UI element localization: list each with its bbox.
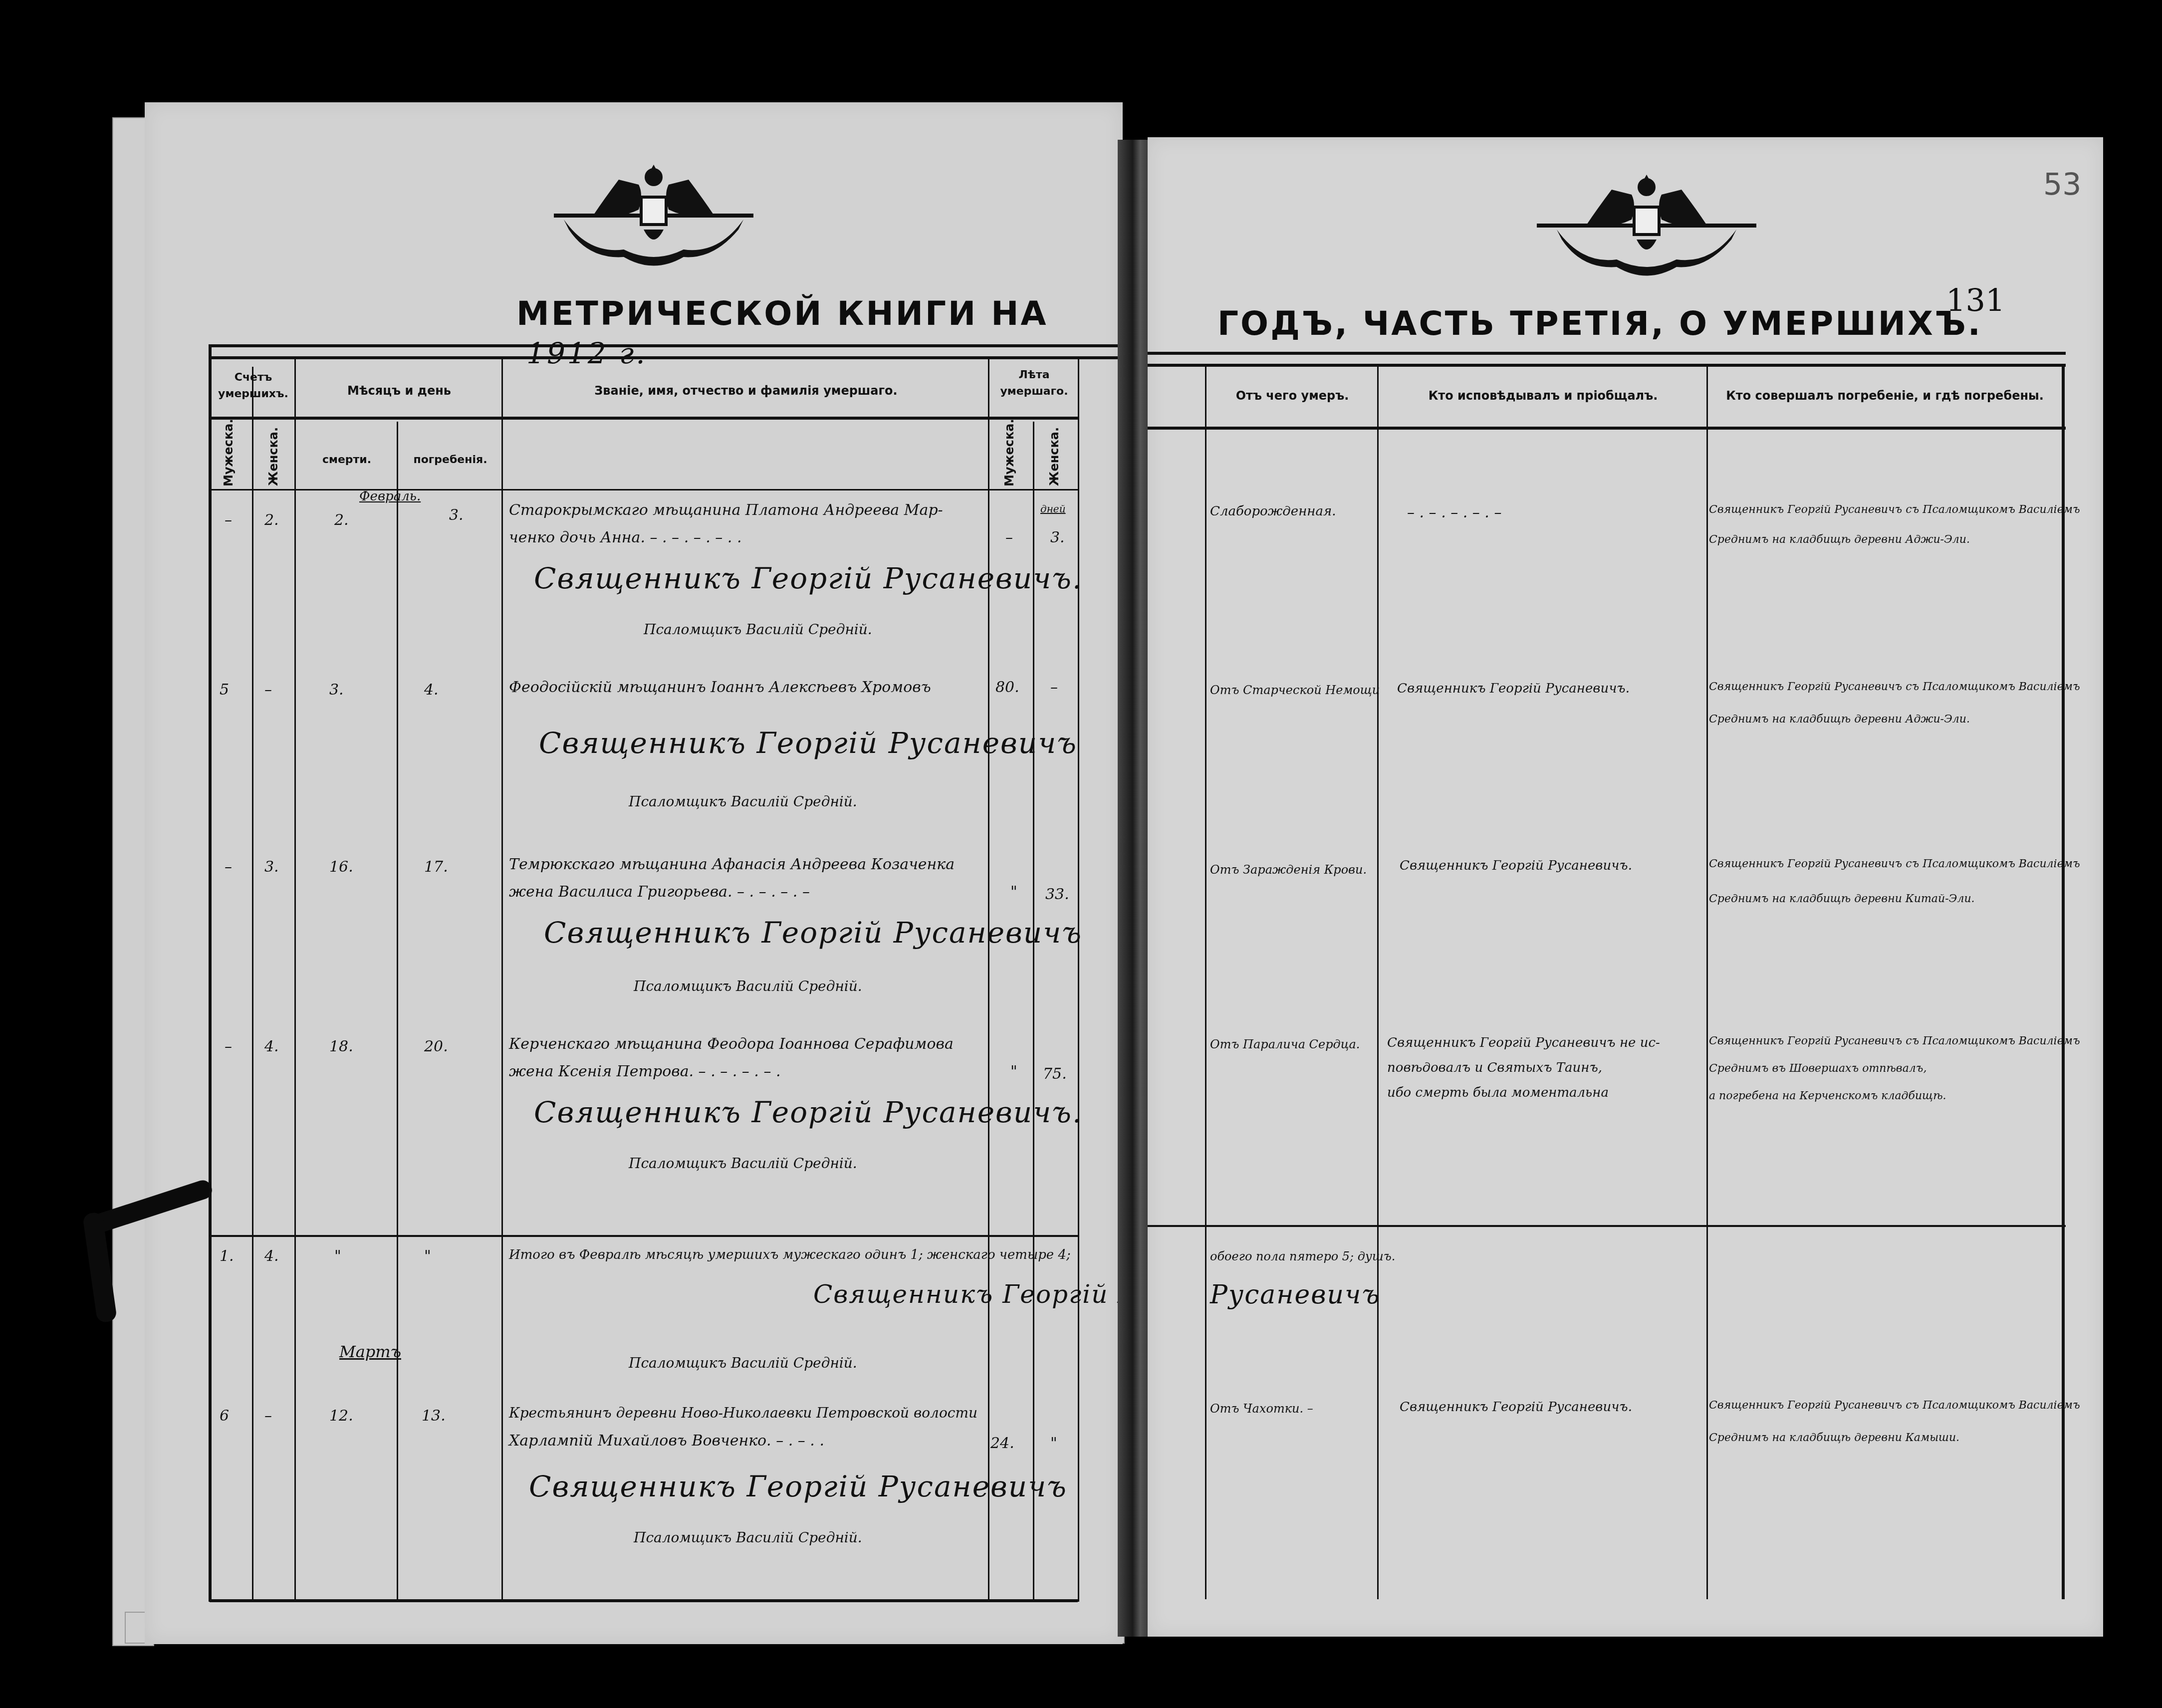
header-count-female: Женска. [264,427,282,487]
entry-4-count-female: 4. [264,1035,279,1059]
entry-6-burial-by-line2: Среднимъ на кладбищѣ деревни Камыши. [1709,1430,1959,1447]
entry-4-name-line2: жена Ксенія Петрова. – . – . – . – . [509,1060,781,1084]
entry-3-cause: Отъ Заражденія Крови. [1210,861,1367,879]
entry-3-age-male: " [1010,881,1017,904]
imperial-eagle-crest-icon [1537,165,1756,279]
imperial-eagle-crest-icon [544,155,763,269]
header-death: смерти. [297,452,397,468]
entry-1-priest-signature: Священникъ Георгій Русаневичъ. [534,561,1082,595]
col-divider [1377,364,1379,1599]
entry-4-cause: Отъ Паралича Сердца. [1210,1035,1360,1054]
entry-2-count-female: – [264,679,272,702]
entry-6-reader-signature: Псаломщикъ Василій Средній. [634,1529,862,1546]
entry-3-burial-day: 17. [424,856,448,879]
entry-2-cause: Отъ Старческой Немощи [1210,681,1380,700]
entry-2-death-day: 3. [329,679,344,702]
entry-6-name-line2: Харлампій Михайловъ Вовченко. – . – . . [509,1430,824,1453]
section-divider [210,1235,1078,1237]
month-label-february: Февраль. [359,487,421,506]
entry-3-name-line1: Темрюкскаго мѣщанина Афанасія Андреева К… [509,853,955,877]
table-border-left [1205,364,1206,1599]
header-age-male: Мужеска. [1000,427,1018,487]
col-divider [1033,422,1034,1602]
entry-4-burial-day: 20. [424,1035,448,1059]
header-rule [210,344,1123,359]
header-title-text: МЕТРИЧЕСКОЙ КНИГИ НА [516,294,1048,333]
entry-4-burial-by-line1: Священникъ Георгій Русаневичъ съ Псаломщ… [1709,1033,2080,1050]
col-divider [1078,359,1079,1602]
entry-2-burial-day: 4. [424,679,439,702]
header-bottom-divider [1148,427,2066,430]
entry-1-count-male: – [225,509,232,532]
entry-6-count-male: 6 [220,1405,229,1428]
entry-4-reader-signature: Псаломщикъ Василій Средній. [629,1155,857,1172]
entry-2-count-male: 5 [220,679,229,702]
header-age-female: Женска. [1045,427,1063,487]
header-burial: погребенія. [399,452,501,468]
entry-2-priest-signature: Священникъ Георгій Русаневичъ [539,726,1077,760]
summary-right-note: обоего пола пятеро 5; душъ. [1210,1247,1395,1266]
header-count-deceased: Счетъ умершихъ. [212,369,294,402]
entry-6-cause: Отъ Чахотки. – [1210,1400,1313,1418]
entry-3-burial-by-line1: Священникъ Георгій Русаневичъ съ Псаломщ… [1709,856,2080,873]
header-rule [1148,352,2066,367]
entry-3-burial-by-line2: Среднимъ на кладбищѣ деревни Китай-Эли. [1709,891,1975,908]
entry-2-reader-signature: Псаломщикъ Василій Средній. [629,793,857,810]
header-name: Званіе, имя, отчество и фамилія умершаго… [504,382,988,400]
left-header-title: МЕТРИЧЕСКОЙ КНИГИ НА 1912 г. [516,294,1123,371]
entry-1-age-male: – [1005,526,1013,550]
entry-4-count-male: – [225,1035,232,1059]
entry-4-burial-by-line2: Среднимъ въ Шовершахъ отпѣвалъ, [1709,1060,1926,1077]
section-divider [1148,1225,2066,1227]
entry-6-burial-day: 13. [422,1405,446,1428]
entry-1-burial-by-line1: Священникъ Георгій Русаневичъ съ Псаломщ… [1709,501,2080,518]
entry-1-age-unit: дней [1040,501,1066,517]
entry-2-burial-by-line1: Священникъ Георгій Русаневичъ съ Псаломщ… [1709,679,2080,696]
entry-3-count-male: – [225,856,232,879]
header-month-day: Мѣсяцъ и день [297,382,501,400]
col-divider [501,359,503,1602]
entry-3-age-female: 33. [1045,883,1069,907]
entry-4-confessor-line1: Священникъ Георгій Русаневичъ не ис- [1387,1033,1660,1053]
entry-6-death-day: 12. [329,1405,353,1428]
header-bottom-divider [210,489,1078,490]
entry-1-death-day: 2. [334,509,349,532]
summary-death-day: " [334,1245,341,1268]
summary-signature-continuation: Русаневичъ [1210,1280,1380,1310]
col-divider [252,367,253,1602]
header-burial-by: Кто совершалъ погребеніе, и гдѣ погребен… [1709,387,2061,405]
summary-count-female: 4. [264,1245,279,1268]
entry-4-priest-signature: Священникъ Георгій Русаневичъ. [534,1095,1082,1129]
col-divider [988,359,989,1602]
entry-2-name-line1: Феодосійскій мѣщанинъ Іоаннъ Алексѣевъ Х… [509,676,931,700]
entry-1-age-female: 3. [1050,526,1065,550]
left-page: МЕТРИЧЕСКОЙ КНИГИ НА 1912 г. Счетъ умерш… [145,102,1123,1644]
summary-burial-day: " [424,1245,431,1268]
summary-text: Итого въ Февралѣ мѣсяцѣ умершихъ мужеска… [509,1245,1071,1265]
entry-4-name-line1: Керченскаго мѣщанина Феодора Іоаннова Се… [509,1033,954,1056]
entry-2-age-female: – [1050,676,1058,700]
entry-2-burial-by-line2: Среднимъ на кладбищѣ деревни Аджи-Эли. [1709,711,1970,728]
right-header-title: ГОДЪ, ЧАСТЬ ТРЕТІЯ, О УМЕРШИХЪ. [1217,304,1982,343]
entry-3-name-line2: жена Василиса Григорьева. – . – . – . – [509,881,810,904]
table-bottom [210,1599,1078,1602]
header-age: Лѣта умершаго. [990,367,1078,400]
header-count-male: Мужеска. [220,427,238,487]
entry-1-confessor: – . – . – . – . – [1407,501,1501,525]
entry-4-confessor-line3: ибо смерть была моментальна [1387,1083,1609,1103]
entry-3-count-female: 3. [264,856,279,879]
entry-3-death-day: 16. [329,856,353,879]
header-divider [210,417,1078,420]
entry-6-age-male: 24. [990,1432,1014,1456]
entry-1-reader-signature: Псаломщикъ Василій Средній. [644,621,872,638]
entry-4-death-day: 18. [329,1035,353,1059]
summary-count-male: 1. [220,1245,234,1268]
entry-4-age-male: " [1010,1060,1017,1084]
entry-6-burial-by-line1: Священникъ Георгій Русаневичъ съ Псаломщ… [1709,1397,2080,1414]
col-divider [1706,364,1708,1599]
entry-4-age-female: 75. [1043,1063,1067,1086]
table-border-left [209,344,212,1602]
entry-4-burial-by-line3: а погребена на Керченскомъ кладбищѣ. [1709,1088,1946,1105]
entry-6-count-female: – [264,1405,272,1428]
month-label-march: Мартъ [339,1340,401,1365]
entry-2-age-male: 80. [995,676,1019,700]
entry-3-priest-signature: Священникъ Георгій Русаневичъ [544,916,1082,950]
entry-4-confessor-line2: повѣдовалъ и Святыхъ Таинъ, [1387,1058,1602,1078]
entry-6-confessor: Священникъ Георгій Русаневичъ. [1400,1397,1632,1417]
summary-reader-signature: Псаломщикъ Василій Средній. [629,1355,857,1371]
header-confessor: Кто исповѣдывалъ и пріобщалъ. [1380,387,1706,405]
entry-2-confessor: Священникъ Георгій Русаневичъ. [1397,679,1630,699]
archive-folio-number: 53 [2043,167,2081,202]
entry-6-priest-signature: Священникъ Георгій Русаневичъ [529,1469,1067,1503]
entry-1-count-female: 2. [264,509,279,532]
entry-3-confessor: Священникъ Георгій Русаневичъ. [1400,856,1632,876]
entry-1-cause: Слаборожденная. [1210,501,1336,521]
col-divider [294,359,296,1602]
right-page: 53 131 ГОДЪ, ЧАСТЬ ТРЕТІЯ, О УМЕРШИХЪ. О… [1148,137,2103,1637]
col-divider [397,422,398,1602]
header-cause: Отъ чего умеръ. [1207,387,1377,405]
entry-1-name-line2: ченко дочь Анна. – . – . – . – . . [509,526,741,550]
entry-1-name-line1: Старокрымскаго мѣщанина Платона Андреева… [509,499,943,522]
entry-3-reader-signature: Псаломщикъ Василій Средній. [634,978,862,994]
entry-1-burial-day: 3. [449,504,464,527]
entry-6-age-female: " [1050,1432,1057,1456]
entry-1-burial-by-line2: Среднимъ на кладбищѣ деревни Аджи-Эли. [1709,531,1970,548]
entry-6-name-line1: Крестьянинъ деревни Ново-Николаевки Петр… [509,1402,977,1424]
